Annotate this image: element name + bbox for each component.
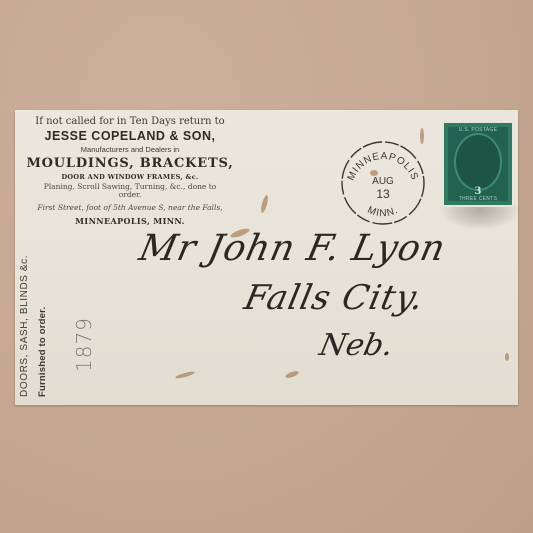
stain: [285, 370, 300, 379]
postage-stamp: U.S. POSTAGE 3 THREE CENTS: [444, 123, 512, 205]
stamp-bottom-text: THREE CENTS: [444, 196, 512, 202]
postmark: MINNEAPOLIS MINN. AUG 13: [340, 140, 426, 226]
products-heading: MOULDINGS, BRACKETS,: [15, 156, 245, 171]
company-name: JESSE COPELAND & SON,: [15, 129, 245, 143]
side-advertisement: DOORS, SASH, BLINDS &c. Furnished to ord…: [19, 255, 30, 397]
stain: [505, 353, 509, 361]
recipient-city: Falls City.: [241, 278, 428, 318]
portrait-icon: [454, 133, 502, 191]
stain: [260, 195, 269, 214]
company-tagline: Manufacturers and Dealers in: [15, 145, 245, 154]
svg-text:MINN.: MINN.: [366, 205, 401, 220]
pencil-notation: 1879: [72, 317, 96, 372]
envelope: If not called for in Ten Days return to …: [15, 110, 518, 405]
company-city: MINNEAPOLIS, MINN.: [15, 216, 245, 226]
services-text: Planing, Scroll Sawing, Turning, &c., do…: [35, 183, 225, 199]
side-ad-line1: DOORS, SASH, BLINDS &c.: [19, 255, 30, 397]
company-address: First Street, foot of 5th Avenue S, near…: [15, 203, 245, 212]
stain: [175, 370, 195, 379]
stamp-top-text: U.S. POSTAGE: [444, 127, 512, 133]
recipient-name: Mr John F. Lyon: [136, 228, 450, 269]
recipient-state: Neb.: [316, 328, 396, 363]
postmark-day: 13: [376, 187, 390, 201]
return-instruction: If not called for in Ten Days return to: [15, 116, 245, 127]
products-subheading: DOOR AND WINDOW FRAMES, &c.: [15, 173, 245, 181]
side-ad-line2: Furnished to order.: [37, 307, 48, 397]
postmark-state: MINN.: [366, 205, 401, 220]
postmark-month: AUG: [372, 176, 394, 187]
